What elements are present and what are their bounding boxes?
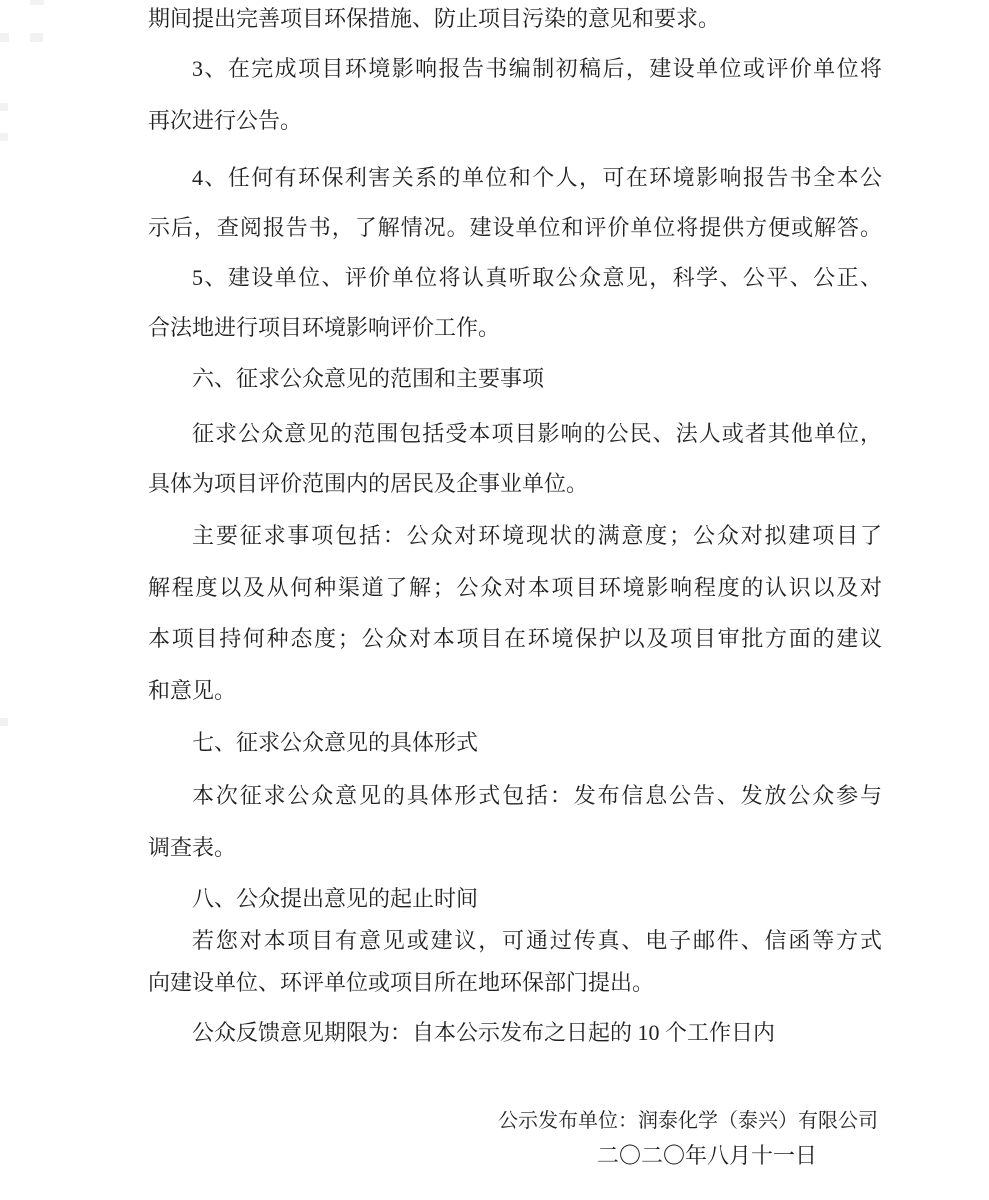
body-line: 本项目持何种态度；公众对本项目在环境保护以及项目审批方面的建议: [148, 624, 882, 654]
scan-artifact: [0, 133, 8, 141]
body-line: 期间提出完善项目环保措施、防止项目污染的意见和要求。: [148, 4, 882, 34]
body-line: 主要征求事项包括：公众对环境现状的满意度；公众对拟建项目了: [148, 521, 882, 551]
body-line: 征求公众意见的范围包括受本项目影响的公民、法人或者其他单位，: [148, 419, 882, 449]
body-line: 具体为项目评价范围内的居民及企事业单位。: [148, 469, 882, 499]
scan-artifact: [0, 33, 9, 42]
footer-publisher: 公示发布单位：润泰化学（泰兴）有限公司: [498, 1107, 878, 1135]
heading-section-7: 七、征求公众意见的具体形式: [148, 728, 882, 758]
body-line: 若您对本项目有意见或建议，可通过传真、电子邮件、信函等方式: [148, 926, 882, 956]
heading-section-6: 六、征求公众意见的范围和主要事项: [148, 364, 882, 394]
body-line: 示后，查阅报告书，了解情况。建设单位和评价单位将提供方便或解答。: [148, 213, 882, 243]
body-line: 向建设单位、环评单位或项目所在地环保部门提出。: [148, 968, 882, 998]
body-line: 公众反馈意见期限为：自本公示发布之日起的 10 个工作日内: [148, 1018, 882, 1048]
body-line-item-4: 4、任何有环保利害关系的单位和个人，可在环境影响报告书全本公: [148, 163, 882, 193]
body-line: 再次进行公告。: [148, 106, 882, 136]
scan-artifact: [0, 103, 8, 111]
footer-date: 二〇二〇年八月十一日: [597, 1141, 817, 1171]
heading-section-8: 八、公众提出意见的起止时间: [148, 884, 882, 914]
body-line: 本次征求公众意见的具体形式包括：发布信息公告、发放公众参与: [148, 781, 882, 811]
document-page: 期间提出完善项目环保措施、防止项目污染的意见和要求。 3、在完成项目环境影响报告…: [0, 0, 989, 1200]
scan-artifact: [0, 718, 8, 726]
body-line: 合法地进行项目环境影响评价工作。: [148, 313, 882, 343]
body-line: 和意见。: [148, 676, 882, 706]
scan-artifact: [30, 33, 43, 42]
body-line: 解程度以及从何种渠道了解；公众对本项目环境影响程度的认识以及对: [148, 573, 882, 603]
scan-artifact: [30, 0, 44, 5]
body-line-item-3: 3、在完成项目环境影响报告书编制初稿后，建设单位或评价单位将: [148, 54, 882, 84]
body-line-item-5: 5、建设单位、评价单位将认真听取公众意见，科学、公平、公正、: [148, 263, 882, 293]
body-line: 调查表。: [148, 833, 882, 863]
